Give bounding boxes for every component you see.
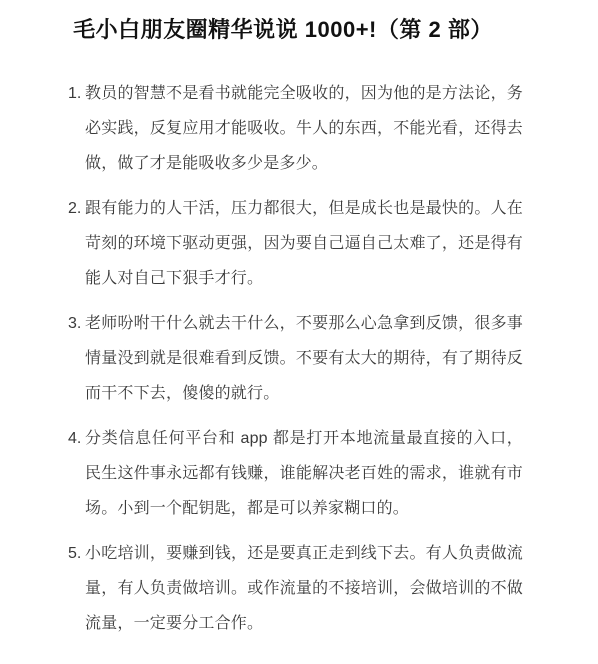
list-item: 4. 分类信息任何平台和 app 都是打开本地流量最直接的入口，民生这件事永远都… [68, 421, 523, 526]
list-item: 1. 教员的智慧不是看书就能完全吸收的，因为他的是方法论，务必实践，反复应用才能… [68, 76, 523, 181]
list-item-text: 小吃培训，要赚到钱，还是要真正走到线下去。有人负责做流量，有人负责做培训。或作流… [85, 536, 523, 641]
list-item-number: 2. [68, 191, 85, 226]
list-item-text: 分类信息任何平台和 app 都是打开本地流量最直接的入口，民生这件事永远都有钱赚… [85, 421, 523, 526]
numbered-list: 1. 教员的智慧不是看书就能完全吸收的，因为他的是方法论，务必实践，反复应用才能… [68, 76, 523, 641]
list-item-text: 跟有能力的人干活，压力都很大，但是成长也是最快的。人在苛刻的环境下驱动更强，因为… [85, 191, 523, 296]
document-page: 毛小白朋友圈精华说说 1000+!（第 2 部） 1. 教员的智慧不是看书就能完… [0, 0, 598, 664]
list-item-number: 4. [68, 421, 85, 456]
list-item-text: 老师吩咐干什么就去干什么，不要那么心急拿到反馈，很多事情量没到就是很难看到反馈。… [85, 306, 523, 411]
list-item-number: 3. [68, 306, 85, 341]
list-item: 3. 老师吩咐干什么就去干什么，不要那么心急拿到反馈，很多事情量没到就是很难看到… [68, 306, 523, 411]
list-item-number: 5. [68, 536, 85, 571]
list-item: 2. 跟有能力的人干活，压力都很大，但是成长也是最快的。人在苛刻的环境下驱动更强… [68, 191, 523, 296]
list-item-text: 教员的智慧不是看书就能完全吸收的，因为他的是方法论，务必实践，反复应用才能吸收。… [85, 76, 523, 181]
list-item: 5. 小吃培训，要赚到钱，还是要真正走到线下去。有人负责做流量，有人负责做培训。… [68, 536, 523, 641]
list-item-number: 1. [68, 76, 85, 111]
page-title: 毛小白朋友圈精华说说 1000+!（第 2 部） [0, 0, 598, 46]
